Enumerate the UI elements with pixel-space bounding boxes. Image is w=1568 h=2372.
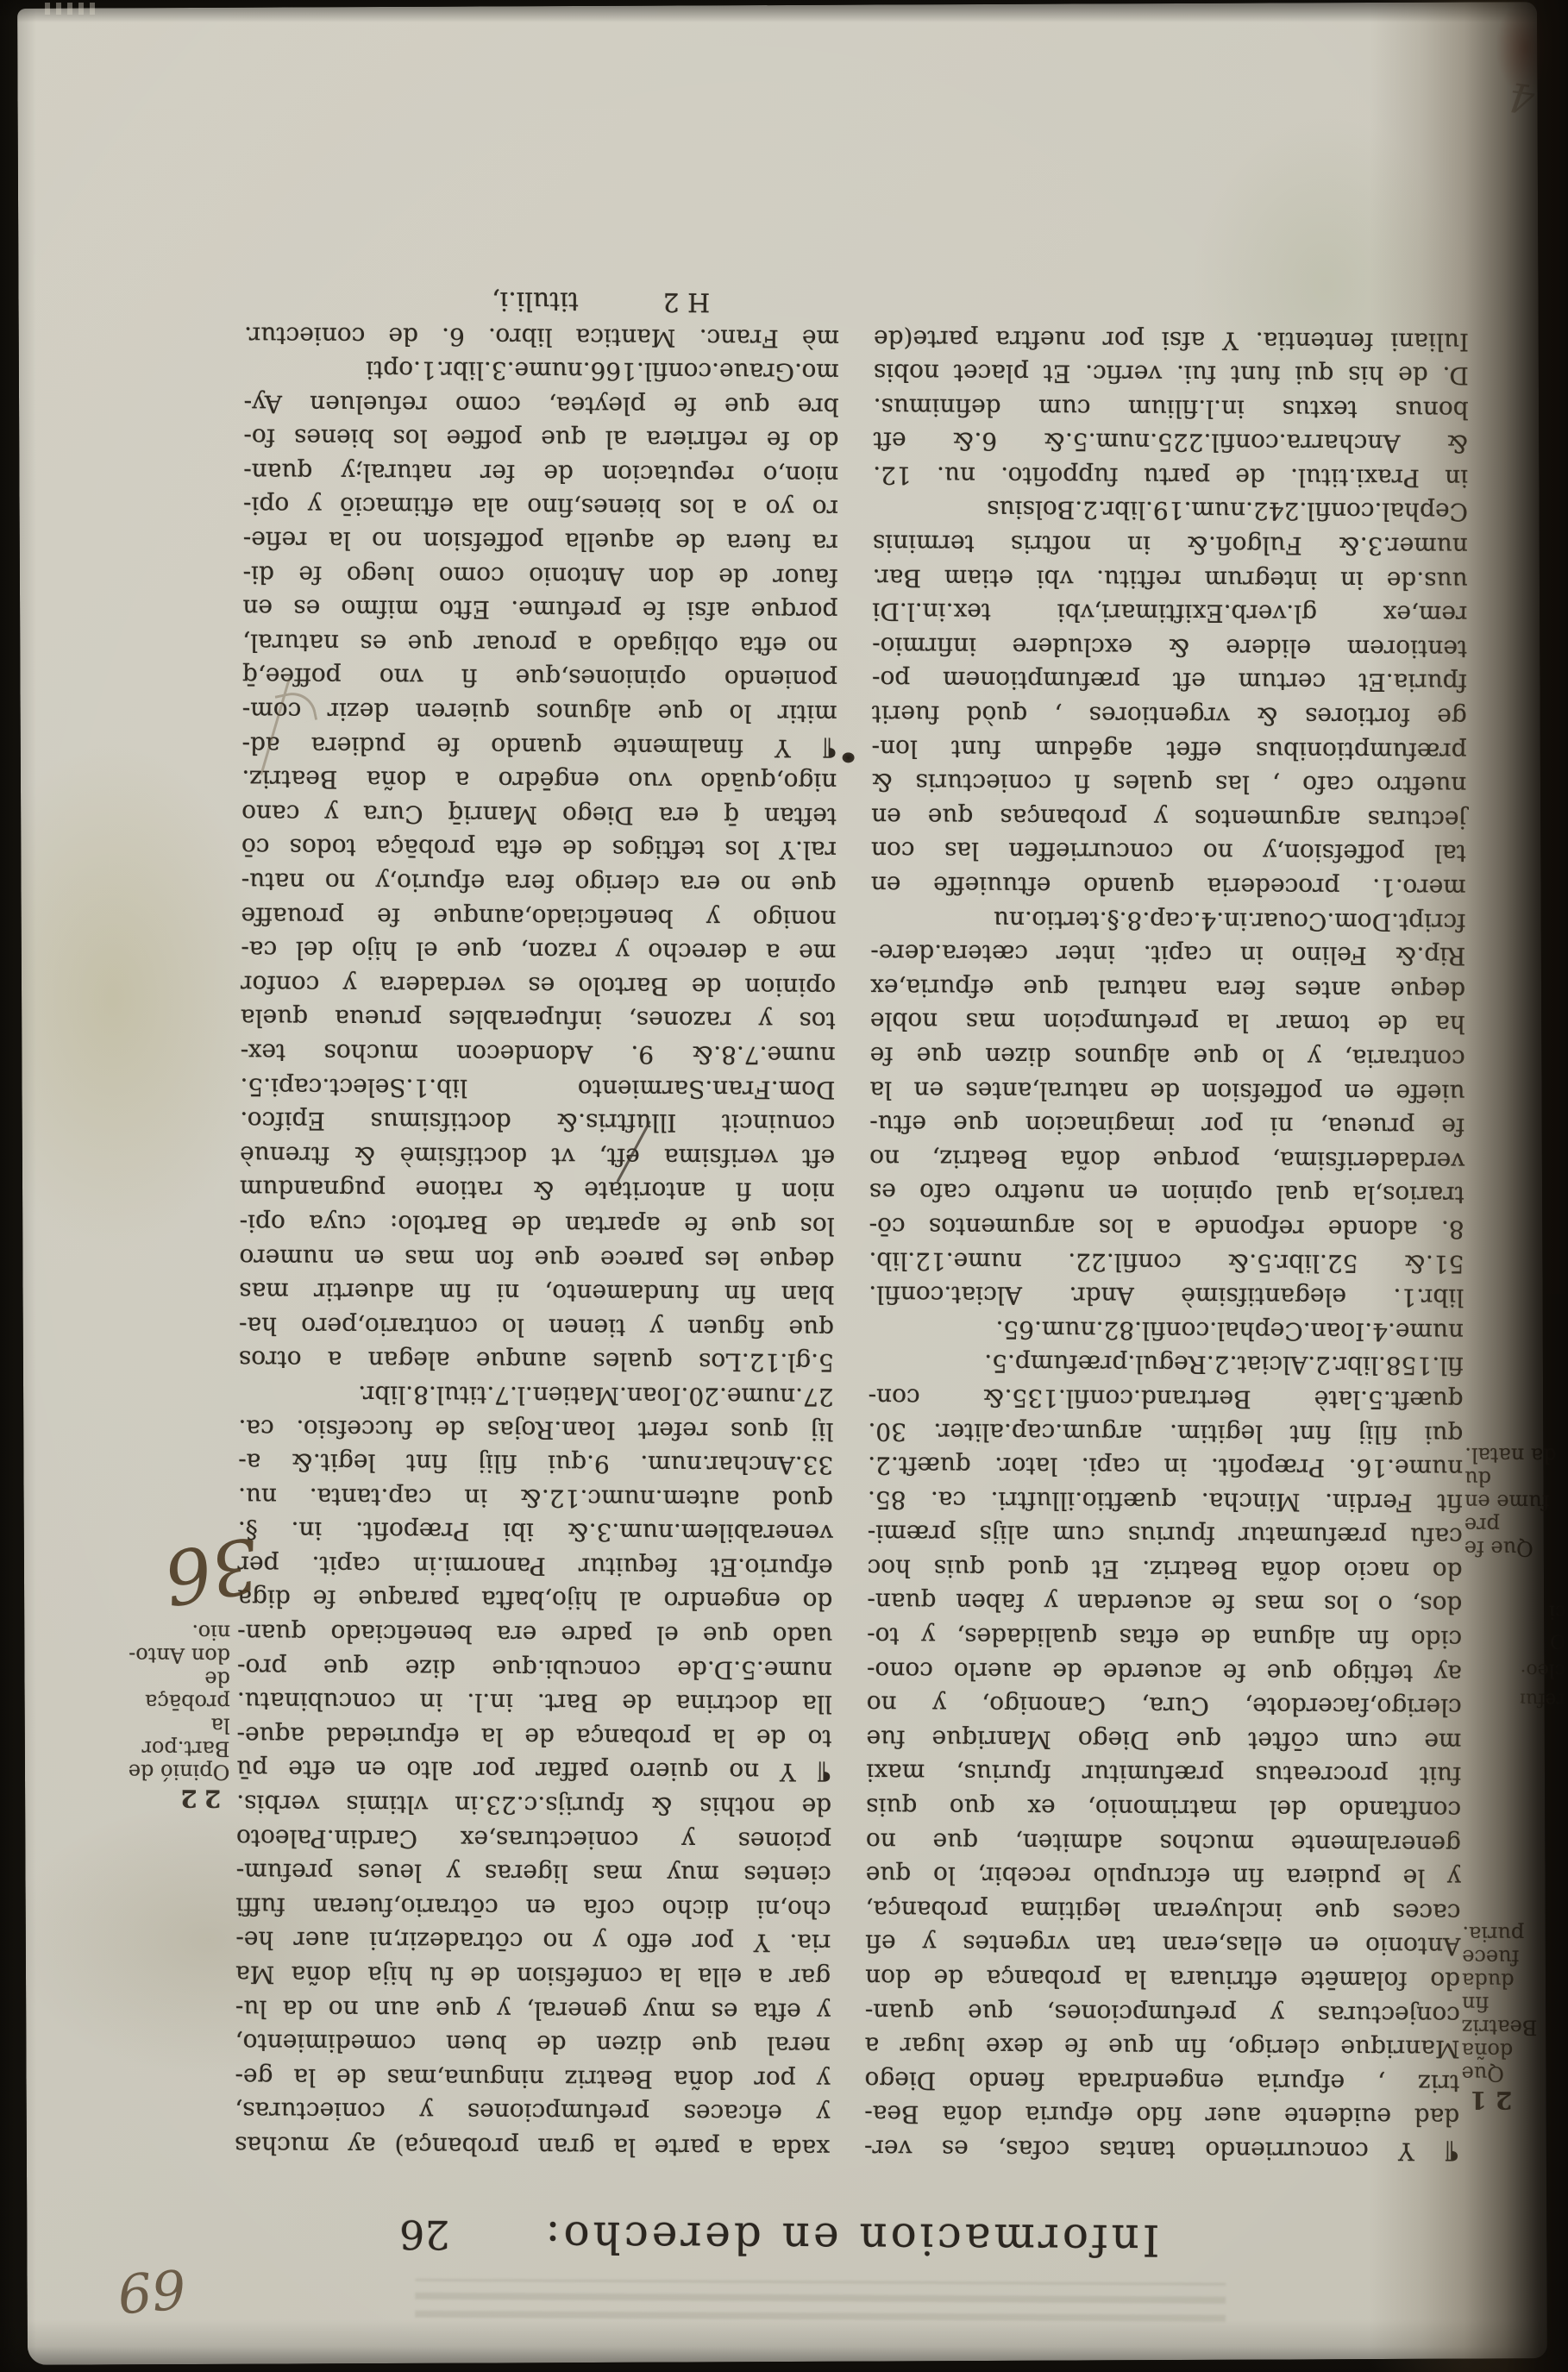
page-content: Informacion en derecho: 26 ¶ Y concurrie… — [0, 0, 1568, 2372]
text-line: los que fe apartan de Bartolo: cuya opi- — [240, 1206, 835, 1243]
margin-note-line: Que fe pre — [1465, 1513, 1561, 1560]
margin-note-line: probāça de — [118, 1666, 230, 1714]
text-line: caces que incluyeran legitima probança, — [866, 1892, 1461, 1930]
text-line: Iuliani fententia. Y afsi por nueftra pa… — [874, 321, 1469, 358]
gutter-fragment: O — [1521, 1625, 1565, 1654]
text-line: conjecturas y prefumpciones, que quan- — [865, 1995, 1460, 2032]
text-line: xada a parte la gran probança) ay muchas — [235, 2128, 830, 2165]
text-line: deque antes fera natural que efpuria,ex — [870, 970, 1465, 1007]
text-line: Manrique clerigo, fin que fe dexe lugar … — [865, 2029, 1460, 2066]
text-line: lla doctrina de Bart. in.l. in concubina… — [237, 1684, 832, 1721]
text-line: to de la probança de la efpuriedad aque- — [237, 1718, 832, 1755]
text-line: do folamēte eftriuara la probança de don — [865, 1961, 1460, 1998]
handwritten-scribble — [226, 668, 322, 781]
ink-blot — [843, 752, 855, 762]
margin-note-line: nio. — [118, 1620, 230, 1644]
text-line: ¶ Y finalmente quando fe pudiera ad- — [242, 728, 837, 765]
text-line: fpuria.Et certum eft præfumptionem po- — [872, 662, 1467, 700]
text-line: rem,ex gl.verb.Exiftimari,vbi tex.in.l.D… — [872, 594, 1467, 631]
text-line: triz , efpuria engendrada fiendo Diego — [864, 2063, 1459, 2100]
text-line: ria. Y por effo y no cōtradezir,ni auer … — [235, 1923, 831, 1961]
text-column-right: xada a parte la gran probança) ay muchas… — [235, 318, 839, 2166]
text-line: nume.5.D.de concubi.que dize que pro- — [237, 1650, 832, 1687]
text-line: conftando del matrimonio, ex quo quis — [866, 1790, 1461, 1827]
margin-note-22: 22 Opinió deBart.por laprobāça dedon Ant… — [117, 1620, 230, 1810]
text-line: nume.4.Ioan.Cephal.confil.82.num.65. — [869, 1312, 1464, 1349]
text-line: nion fi antoritate & ratione pugnandum — [240, 1171, 835, 1208]
gutter-fragment: refum — [1521, 1684, 1565, 1713]
text-line: fit Ferdin. Mincha. quæftio.illuftri. ca… — [868, 1483, 1463, 1520]
text-line: nueftro cafo , las quales fi coniecturis… — [871, 765, 1466, 802]
text-line: efpurio.Et fequitur Panormi.in capit. pe… — [238, 1547, 833, 1584]
text-line: ge fortiores & vrgentiores , quòd fuerit — [872, 697, 1467, 734]
text-line: nume.7.8.& 9. Adondecon muchos tex- — [241, 1035, 836, 1072]
text-line: contraria, y lo que algunos dizen que fe — [870, 1039, 1465, 1076]
text-line: Dom.Fran.Sarmiento lib.1.Select.capi.5. — [240, 1070, 835, 1107]
text-line: in Praxi.titul. de partu fuppofito. nu. … — [873, 458, 1468, 495]
margin-note-line: Bart.por la — [118, 1713, 230, 1760]
margin-note-line: Que doña — [1462, 2038, 1559, 2086]
handwritten-number-36: 36 — [158, 1520, 266, 1621]
gutter-fragment: cleo· — [1521, 1654, 1565, 1684]
text-line: nume.16. Præpofit. in capi. lator. quæft… — [868, 1448, 1463, 1485]
text-line: y efta es muy general, y que aun no da l… — [235, 1992, 831, 2029]
text-line: ro yo a los bienes,fino ala eftimaciō y … — [243, 489, 838, 526]
text-line: clerigo,facerdote, Cura, Canonigo, y no — [867, 1687, 1462, 1724]
text-line: teftan q̄ era Diego Manriq̄ Cura y cano — [241, 796, 837, 833]
text-line: fe prueua, ni por imaginacion que eftu- — [869, 1107, 1465, 1144]
text-line: verdaderifsima, porque doña Beatriz, no — [869, 1141, 1465, 1178]
text-line: blan fin fundamento, ni fin aduertir mas — [239, 1274, 834, 1311]
text-line: libr.1. elegantifsimè Andr. Alciat.confi… — [869, 1277, 1464, 1315]
text-line: Cephal.confil.242.num.19.libr.2.Bolsius — [873, 492, 1468, 529]
text-line: fcript.Dom.Couar.in.4.cap.8.§.tertio.nu — [871, 902, 1466, 939]
text-line: nion,o reputacion de fer natural;y quan- — [243, 455, 838, 492]
text-line: neral que dizen de buen comedimiento, — [235, 2025, 831, 2062]
text-line: pciones y coniecturas,ex Cardin.Paleoto — [236, 1821, 831, 1858]
text-line: 27.nume.20.Ioan.Matien.l.7.titul.8.libr. — [239, 1377, 834, 1414]
text-column-left: ¶ Y concurriendo tantas cofas, es ver-da… — [864, 321, 1469, 2168]
gutter-fragment: ci — [1521, 1596, 1565, 1625]
text-line: tos y razones, infuperables prueua quela — [241, 1001, 836, 1039]
text-line: que no era clerigo fera efpurio,y no nat… — [241, 864, 837, 901]
text-line: do fe refiriera al que poffee los bienes… — [243, 420, 838, 457]
page-number: 26 — [346, 2211, 449, 2258]
text-line: uado que el padre era beneficiado quan- — [237, 1616, 832, 1653]
text-line: quod autem.numc.12.& in cap.tanta. nu. — [238, 1479, 833, 1516]
text-line: cho,ni dicho cofa en cōtrario,fueran fuf… — [236, 1889, 831, 1926]
text-line: fauor de don Antonio como luego fe di- — [243, 557, 838, 594]
text-line: fil.158.libr.2.Alciat.2.Regul.præfump.5. — [869, 1346, 1464, 1383]
text-line: dad euidente auer fido efpuria doña Bea- — [864, 2097, 1459, 2134]
margin-note-line: don Anto- — [118, 1643, 230, 1667]
text-line: y le pudiera fin efcrupulo recebir, lo q… — [866, 1858, 1461, 1895]
text-line: numer.3.& Fulgofi.& in noftris terminis — [873, 526, 1468, 563]
margin-note-line: duda fuece — [1462, 1945, 1559, 1992]
text-line: D. de his qui funt fui. verfic. Et place… — [874, 355, 1469, 392]
text-line: deque les parece que fon mas en numero — [239, 1240, 834, 1277]
margin-note-21: 21 Que doñaBeatriz finduda fuecepuria. — [1461, 1922, 1559, 2112]
text-line: gar a ella la confefsion de fu hija doña… — [235, 1957, 831, 1994]
text-line: 5.gl.12.Los quales aunque alegan a otros — [239, 1342, 834, 1379]
text-line: ha de tomar la prefumpcion mas noble — [870, 1004, 1465, 1041]
text-line: porque afsi fe prefume. Efto mifmo es en — [242, 591, 837, 628]
text-line: me cum cōftet que Diego Manrique fue — [867, 1722, 1462, 1759]
margin-note-number: 22 — [117, 1786, 229, 1810]
text-line: cido fin alguna de eftas qualidades, y t… — [867, 1619, 1462, 1656]
text-line: poniendo opiniones,que fi vno poffee,q̄ — [242, 660, 837, 697]
header-title: Informacion en derecho: — [543, 2212, 1160, 2266]
margin-note-prefume: Que fe prefume en duda natal. — [1465, 1443, 1562, 1560]
text-line: ay teftigo que fe acuerde de auerlo cono… — [867, 1653, 1462, 1691]
text-line: uieffe en poffefsion de natural,antes en… — [869, 1073, 1465, 1110]
text-line: tentiorem elidere & excludere infirmio- — [872, 629, 1467, 666]
text-line: eft verifsima eft, vt doctifsimè & ftren… — [240, 1138, 835, 1175]
text-line: generalmente muchos admiten, que no — [866, 1824, 1461, 1861]
signature-mark: H 2 — [662, 286, 710, 317]
text-line: lij quos refert Ioan.Rojas de fuccefsio.… — [238, 1411, 833, 1448]
text-line: de nothis & fpurijs.c.23.in vltimis verb… — [236, 1786, 831, 1823]
text-line: nigo,quādo vuo engēdro a doña Beatriz. — [241, 762, 837, 799]
text-line: 51.& 52.libr.5.& confil.22. nume.12.lib. — [869, 1243, 1464, 1280]
text-line: trarios,la qual opinion en nueftro cafo … — [869, 1175, 1465, 1212]
text-line: ral.Y los teftigos de efta probāça todos… — [241, 831, 837, 868]
text-line: 8. adonde refponde a los argumentos cō- — [869, 1209, 1465, 1246]
signature-line: H 2 tituli.i, — [227, 285, 710, 317]
show-through-artifact — [415, 2279, 1226, 2333]
text-line: me a derecho y razon, que el hijo del ca… — [241, 932, 836, 970]
text-line: no efta obligado a prouar que es natural… — [242, 625, 837, 662]
text-line: 33.Anchar.num. 9.qui filij fint legit.& … — [238, 1445, 833, 1482]
text-line: quæft.5.latè Bertrand.confil.135.& con- — [869, 1380, 1464, 1417]
text-line: ¶ Y no quiero paffar por alto en efte pū — [236, 1753, 831, 1790]
text-line: opinion de Bartolo es verdadera y confor — [241, 967, 836, 1004]
text-line: do engendro al hijo,bafta paraque fe dig… — [237, 1582, 832, 1619]
text-line: qui filij fint legitim. argum.cap.aliter… — [868, 1414, 1463, 1451]
text-line: que figuen y tienen lo contrario,pero ha… — [239, 1308, 834, 1346]
text-line: bonus textus in.l.filium cum definimus. — [874, 390, 1469, 427]
text-line: do nacio doña Beatriz. Et quod quis hoc — [868, 1551, 1463, 1588]
text-line: nonigo y beneficiado,aunque fe prouaffe — [241, 899, 837, 936]
text-line: mero.1. procederia quando eftuuieffe en — [871, 868, 1466, 905]
text-line: mo.Graue.confil.166.nume.3.libr.1.opti — [244, 352, 839, 389]
text-line: jecturas argumentos y probanças que en — [871, 800, 1466, 837]
text-line: venerabilem.num.3.& ibi Præpofit. in. §. — [238, 1513, 833, 1550]
margin-note-number: 21 — [1461, 2088, 1558, 2112]
text-line: ra fuera de aquella poffefsion no la ref… — [243, 523, 838, 560]
text-line: ¶ Y concurriendo tantas cofas, es ver- — [864, 2131, 1459, 2168]
margin-note-line: Beatriz fin — [1462, 1992, 1559, 2039]
text-line: dos, o los mas fe acuerdan y faben quan- — [867, 1584, 1462, 1622]
text-line: y eficaces prefumpciones y coniecturas, — [235, 2093, 830, 2130]
text-line: uus.de in integrum reftitu. vbi etiam Ba… — [873, 561, 1468, 598]
handwritten-faint-mark: 4 — [1506, 73, 1538, 123]
margin-note-line: da natal. — [1465, 1443, 1561, 1467]
book-page-scan: Informacion en derecho: 26 ¶ Y concurrie… — [0, 0, 1568, 2372]
text-line: mè Franc. Mantica libro. 6. de coniectur… — [244, 318, 839, 355]
text-line: fuit procreatus præfumitur fpurius, maxi — [866, 1755, 1461, 1792]
text-line: y por doña Beatriz ninguna,mas de la ge- — [235, 2060, 830, 2097]
margin-note-line: Opinió de — [117, 1760, 229, 1784]
margin-note-line: puria. — [1462, 1922, 1559, 1946]
text-line: & Ancharra.confil.225.num.5.& 6.& eft — [873, 424, 1468, 461]
text-line: Rip.& Felino in capit. inter cætera.dere… — [870, 936, 1465, 973]
text-line: bre que fe pleytea, como refueluen Ay- — [244, 386, 839, 424]
gutter-text-fragments: refumcleo·Oci — [1521, 1596, 1566, 1713]
text-line: Antonio en ellas,eran tan vrgentes y efi — [865, 1926, 1460, 1963]
text-line: conuincit Illuftris.& doctifsimus Epifco… — [240, 1103, 835, 1140]
text-line: cafu præfumatur fpurius cum alijs præmi- — [868, 1516, 1463, 1553]
catchword: tituli.i, — [492, 286, 579, 317]
text-line: præfumptionibus effet agēdum funt lon- — [872, 731, 1467, 769]
text-line: mitir lo que algunos quieren dezir com- — [242, 693, 837, 731]
text-line: tal poffefsion,y no concurrieffen las co… — [871, 833, 1466, 870]
text-line: cientes muy mas ligeras y leues prefum- — [236, 1854, 831, 1892]
margin-note-line: fume en du — [1465, 1466, 1561, 1514]
handwritten-number-69: 69 — [116, 2256, 189, 2325]
